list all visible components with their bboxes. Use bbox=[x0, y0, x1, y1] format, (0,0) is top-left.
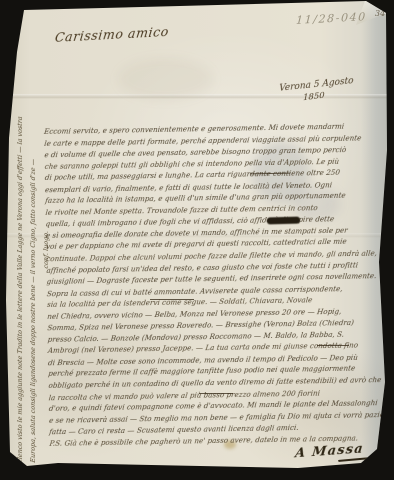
underline-stroke bbox=[199, 393, 233, 394]
underline-stroke bbox=[317, 345, 349, 346]
underline-stroke bbox=[150, 299, 194, 300]
paper-sheet: 11/28-040 34 Carissimo amico Verona 5 Ag… bbox=[0, 0, 394, 480]
margin-note-line: Il elenco visto le mie aggiunte note Tra… bbox=[16, 116, 24, 470]
margin-notes: Il elenco visto le mie aggiunte note Tra… bbox=[0, 0, 394, 480]
margin-note-line: conf. luogo. bbox=[42, 230, 50, 269]
margin-note-line: Europa, saluta consigli ligandosene dopp… bbox=[29, 158, 37, 463]
ink-blot-redaction bbox=[267, 217, 300, 225]
